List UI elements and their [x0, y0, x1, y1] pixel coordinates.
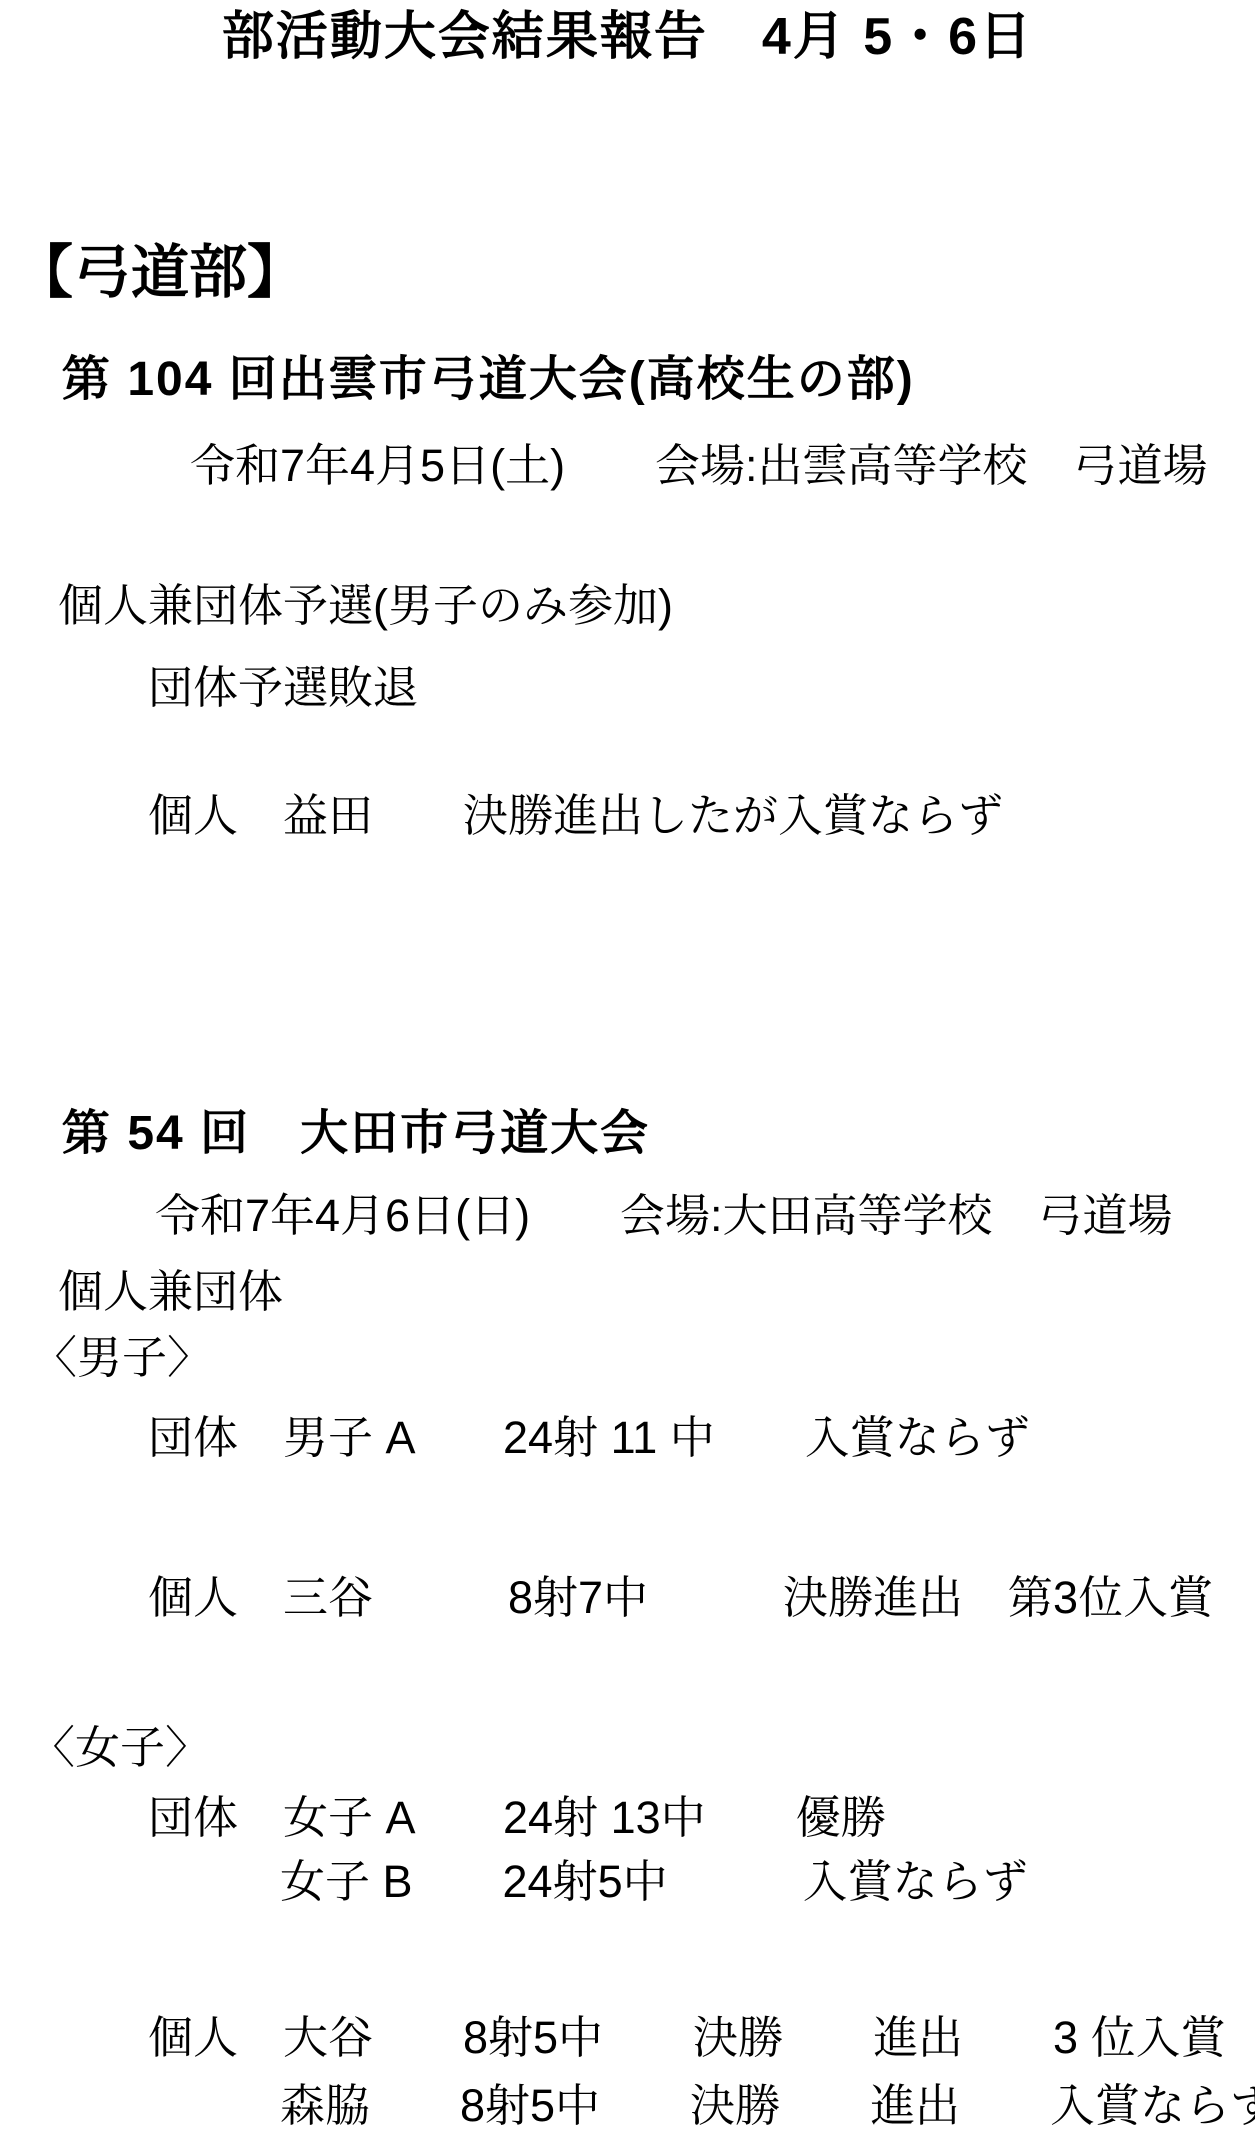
boys-section-label: 〈男子〉 [32, 1332, 212, 1384]
boys-individual-result: 個人 三谷 8射7中 決勝進出 第3位入賞 [148, 1572, 1213, 1624]
tournament2-heading: 第 54 回 大田市弓道大会 [62, 1106, 650, 1161]
club-section-header: 【弓道部】 [15, 240, 305, 307]
document-page: 部活動大会結果報告 4月 5・6日 【弓道部】 第 104 回出雲市弓道大会(高… [0, 0, 1255, 2137]
girls-team-b-result: 女子 B 24射5中 入賞ならず [280, 1856, 1028, 1908]
girls-team-a-result: 団体 女子 A 24射 13中 優勝 [148, 1792, 886, 1844]
tournament1-date-venue: 令和7年4月5日(土) 会場:出雲高等学校 弓道場 [190, 440, 1208, 492]
tournament1-entry-type: 個人兼団体予選(男子のみ参加) [58, 580, 673, 632]
report-title: 部活動大会結果報告 4月 5・6日 [0, 8, 1255, 68]
tournament1-team-result: 団体予選敗退 [148, 662, 418, 714]
girls-section-label: 〈女子〉 [30, 1722, 210, 1774]
girls-individual-result-1: 個人 大谷 8射5中 決勝 進出 3 位入賞 [148, 2012, 1226, 2064]
girls-individual-result-2: 森脇 8射5中 決勝 進出 入賞ならず [280, 2080, 1255, 2132]
tournament2-date-venue: 令和7年4月6日(日) 会場:大田高等学校 弓道場 [155, 1190, 1173, 1242]
tournament1-individual-result: 個人 益田 決勝進出したが入賞ならず [148, 790, 1003, 842]
tournament1-heading: 第 104 回出雲市弓道大会(高校生の部) [62, 352, 915, 407]
boys-team-result: 団体 男子 A 24射 11 中 入賞ならず [148, 1412, 1030, 1464]
tournament2-entry-type: 個人兼団体 [58, 1266, 283, 1318]
